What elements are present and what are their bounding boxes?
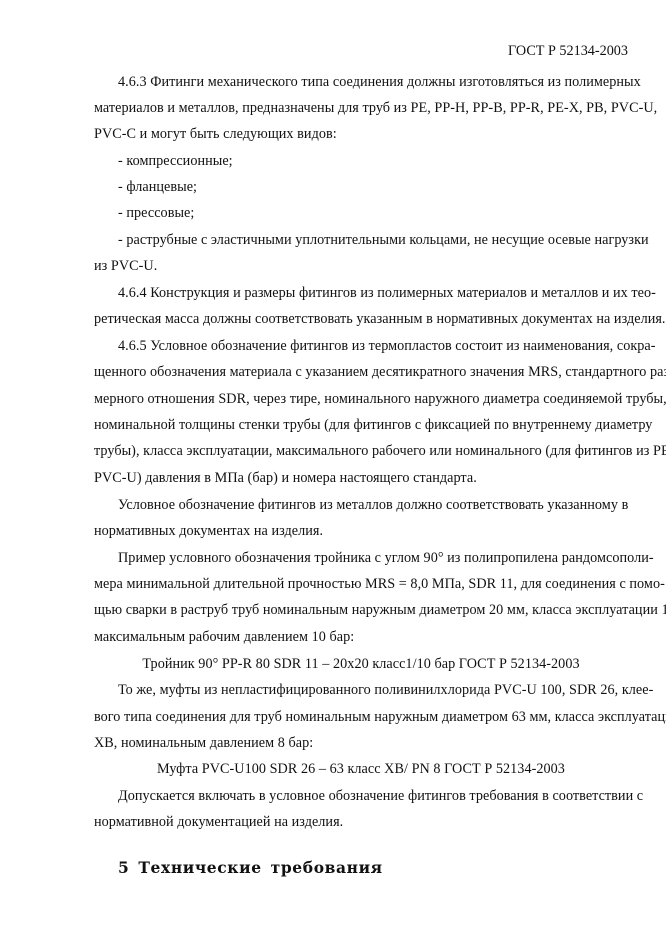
example-1-line: максимальным рабочим давлением 10 бар: [94, 628, 628, 646]
list-item: - прессовые; [118, 204, 628, 222]
paragraph-4-6-5-line: номинальной толщины стенки трубы (для фи… [94, 416, 628, 434]
paragraph-4-6-4-line: ретическая масса должны соответствовать … [94, 310, 628, 328]
example-2-line: вого типа соединения для труб номинальны… [94, 708, 628, 726]
paragraph-4-6-3-line: PVC-C и могут быть следующих видов: [94, 125, 628, 143]
paragraph-metals-line: нормативных документах на изделия. [94, 522, 628, 540]
paragraph-4-6-4-line: 4.6.4 Конструкция и размеры фитингов из … [118, 284, 628, 302]
paragraph-4-6-3-line: материалов и металлов, предназначены для… [94, 99, 628, 117]
list-item: - раструбные с эластичными уплотнительны… [118, 231, 628, 249]
example-2-line: XB, номинальным давлением 8 бар: [94, 734, 628, 752]
document-page: ГОСТ Р 52134-2003 4.6.3 Фитинги механиче… [0, 0, 666, 936]
list-item: - компрессионные; [118, 152, 628, 170]
section-5-heading: 5 Технические требования [118, 858, 383, 878]
list-item: - фланцевые; [118, 178, 628, 196]
document-code-header: ГОСТ Р 52134-2003 [508, 42, 628, 60]
example-1-line: мера минимальной длительной прочностью M… [94, 575, 628, 593]
paragraph-4-6-5-line: PVC-U) давления в МПа (бар) и номера нас… [94, 469, 628, 487]
paragraph-4-6-5-line: трубы), класса эксплуатации, максимально… [94, 442, 628, 460]
list-item-continuation: из PVC-U. [94, 257, 628, 275]
paragraph-metals-line: Условное обозначение фитингов из металло… [118, 496, 628, 514]
example-1-line: Пример условного обозначения тройника с … [118, 549, 628, 567]
example-1-designation: Тройник 90° PP-R 80 SDR 11 – 20x20 класс… [94, 655, 628, 673]
paragraph-4-6-5-line: мерного отношения SDR, через тире, номин… [94, 390, 628, 408]
example-2-line: То же, муфты из непластифицированного по… [118, 681, 628, 699]
paragraph-4-6-5-line: щенного обозначения материала с указание… [94, 363, 628, 381]
paragraph-allowed-line: нормативной документацией на изделия. [94, 813, 628, 831]
paragraph-4-6-3-line: 4.6.3 Фитинги механического типа соедине… [118, 73, 628, 91]
paragraph-4-6-5-line: 4.6.5 Условное обозначение фитингов из т… [118, 337, 628, 355]
example-1-line: щью сварки в раструб труб номинальным на… [94, 601, 628, 619]
paragraph-allowed-line: Допускается включать в условное обозначе… [118, 787, 628, 805]
example-2-designation: Муфта PVC-U100 SDR 26 – 63 класс XB/ PN … [94, 760, 628, 778]
